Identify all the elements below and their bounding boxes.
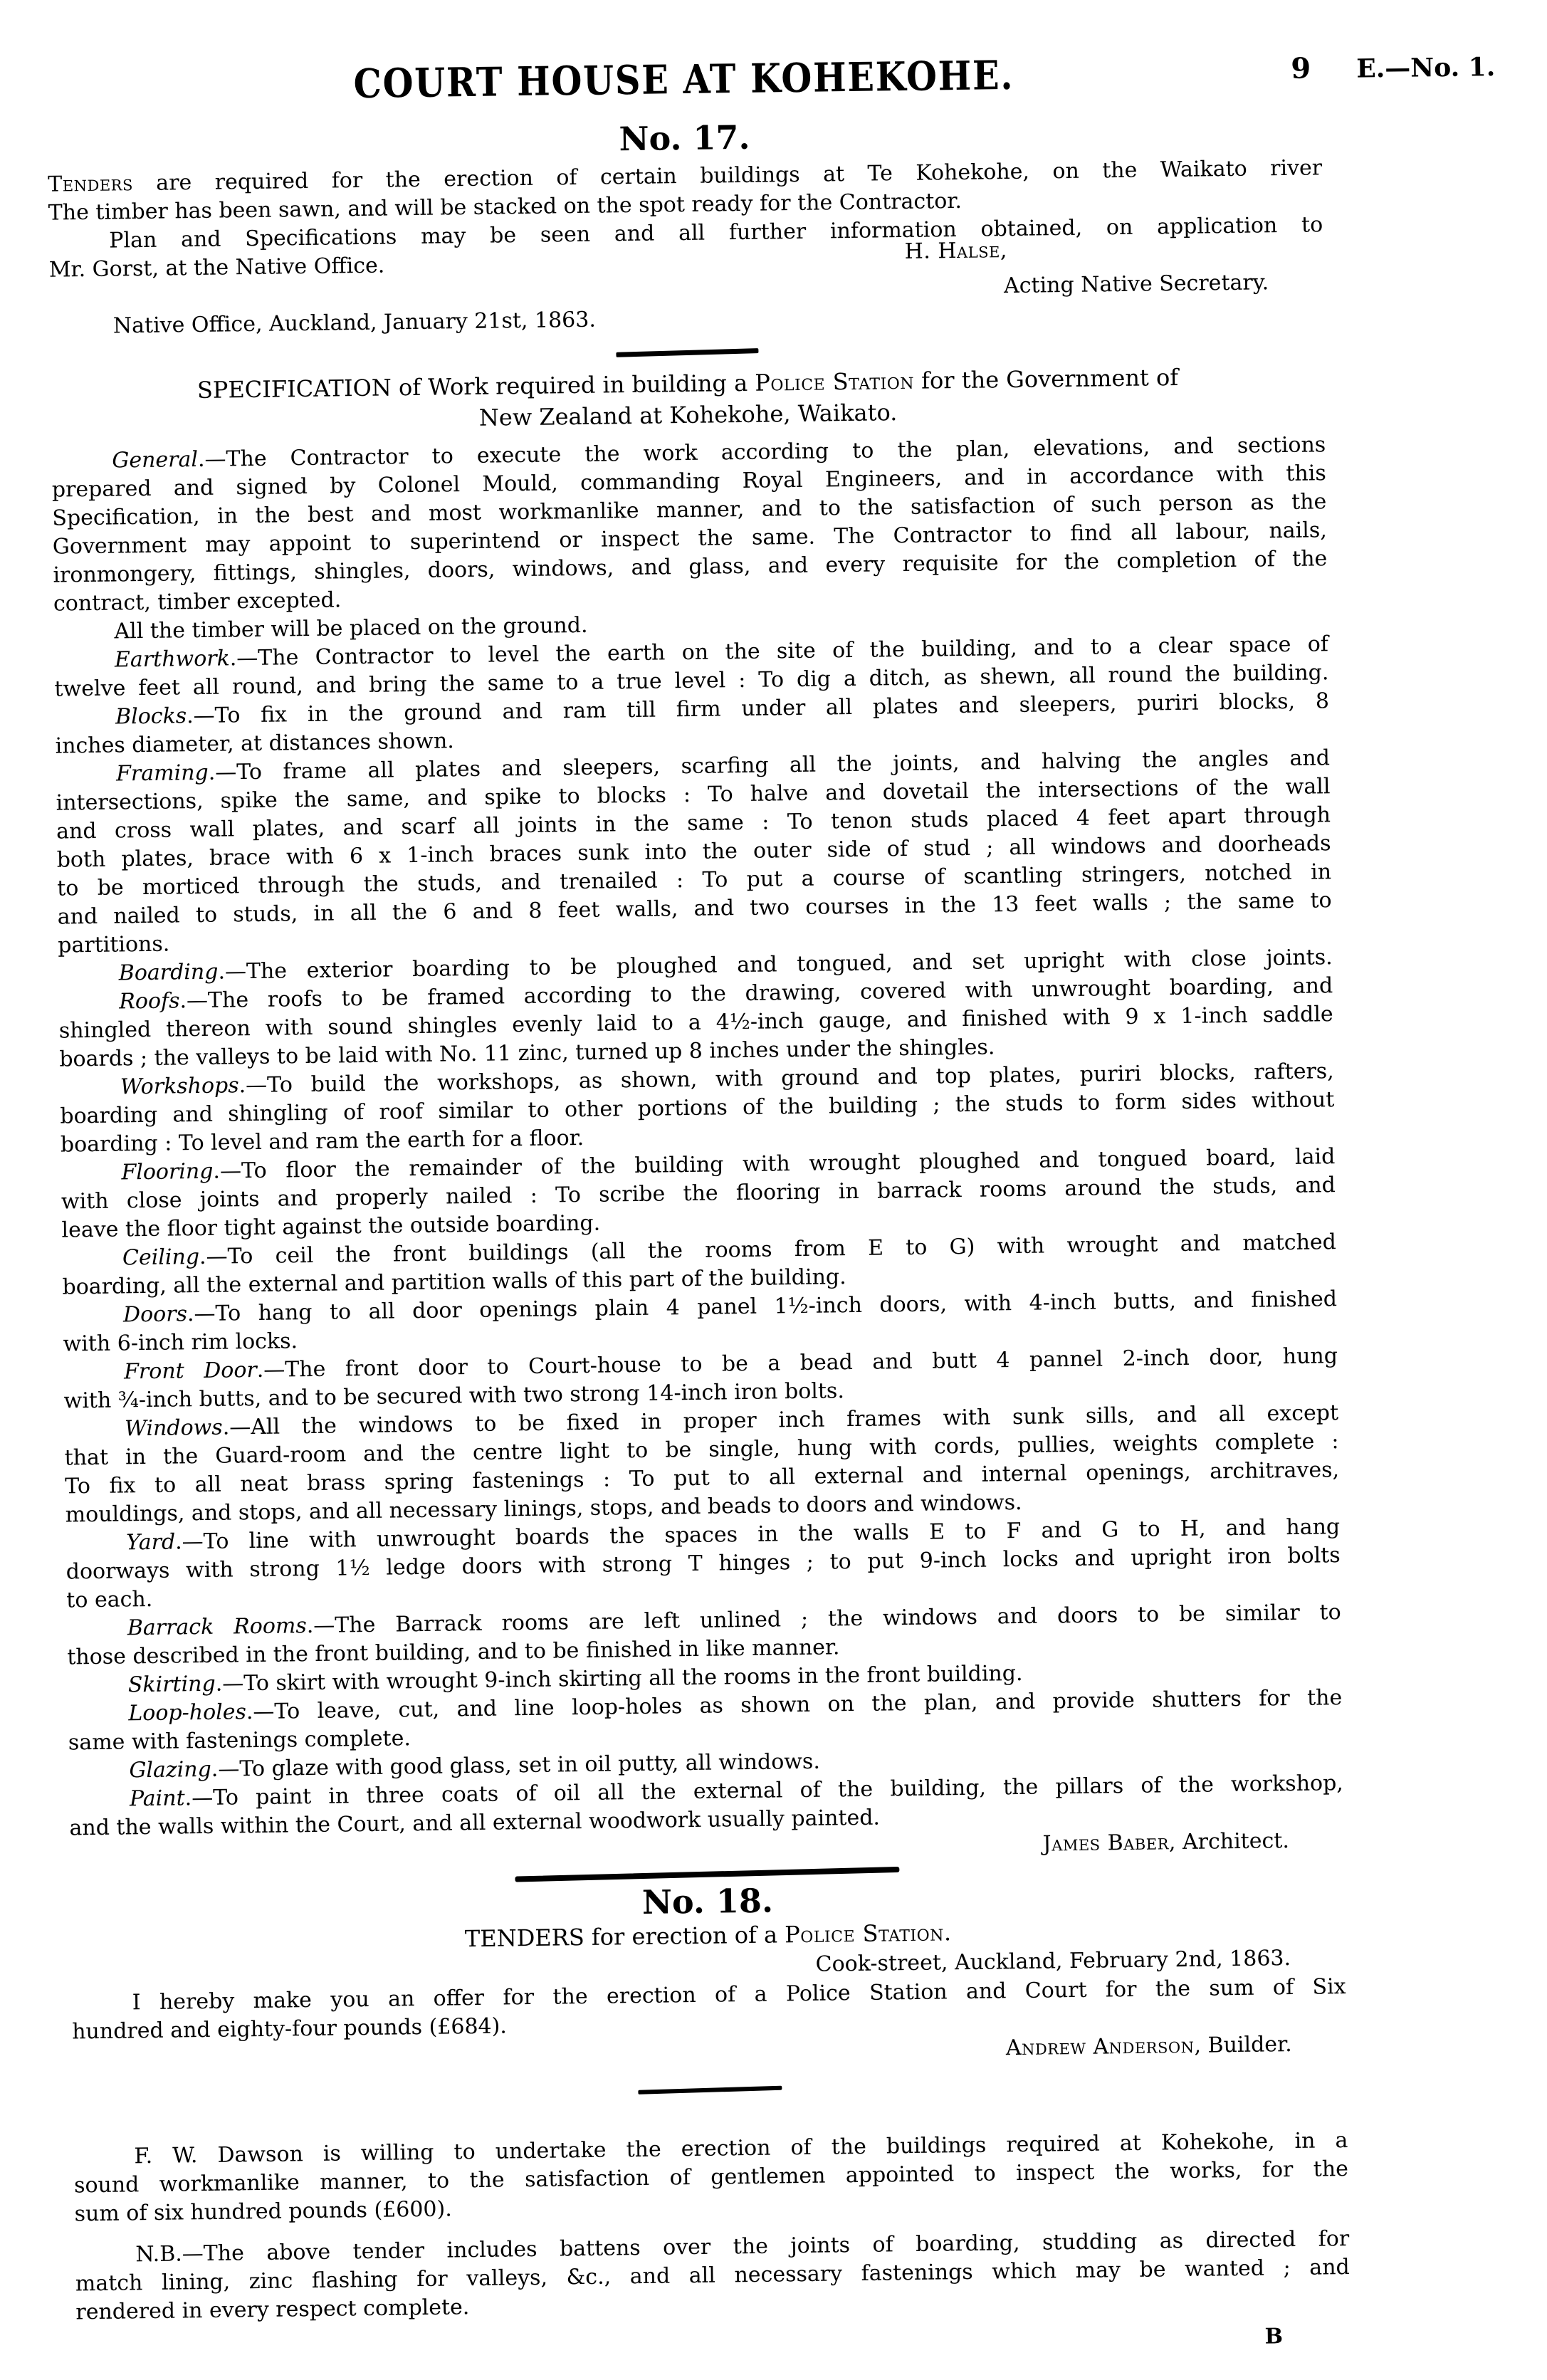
page-title: COURT HOUSE AT KOHEKOHE. <box>122 50 1244 110</box>
spec-para-general: General.—The Contractor to execute the w… <box>51 431 1328 618</box>
specification-heading: SPECIFICATION of Work required in buildi… <box>51 360 1326 439</box>
spec-para-yard: Yard.—To line with unwrought boards the … <box>65 1513 1341 1615</box>
divider-rule <box>638 2086 782 2095</box>
document-page: COURT HOUSE AT KOHEKOHE. 9 E.—No. 1. No.… <box>0 0 1547 2380</box>
section-dawson-offer: F. W. Dawson is willing to undertake the… <box>73 2127 1350 2327</box>
divider-rule <box>515 1867 899 1882</box>
section-notice-17: No. 17. Tenders are required for the ere… <box>47 111 1324 341</box>
gorst-text: Mr. Gorst, at the Native Office. <box>49 253 385 283</box>
spec-para-flooring: Flooring.—To floor the remainder of the … <box>61 1143 1336 1244</box>
spec-para-windows: Windows.—All the windows to be fixed in … <box>64 1399 1340 1529</box>
divider-rule <box>616 348 758 357</box>
specification-body: General.—The Contractor to execute the w… <box>51 431 1344 1842</box>
printed-content: COURT HOUSE AT KOHEKOHE. 9 E.—No. 1. No.… <box>46 48 1351 2366</box>
dawson-paragraph: F. W. Dawson is willing to undertake the… <box>73 2127 1348 2228</box>
document-reference: E.—No. 1. <box>1356 52 1495 84</box>
spec-para-framing: Framing.—To frame all plates and sleeper… <box>56 744 1333 960</box>
page-number: 9 <box>1291 51 1311 85</box>
notice-17-body: Tenders are required for the erection of… <box>48 154 1324 341</box>
section-tender-18: No. 18. TENDERS for erection of a Police… <box>70 1875 1347 2075</box>
halse-signature-name: H. Halse, <box>904 236 1007 266</box>
spec-para-roofs: Roofs.—The roofs to be framed according … <box>58 972 1333 1074</box>
page-header: COURT HOUSE AT KOHEKOHE. 9 E.—No. 1. <box>46 48 1321 112</box>
nb-paragraph: N.B.—The above tender includes battens o… <box>75 2225 1350 2327</box>
section-specification: SPECIFICATION of Work required in buildi… <box>51 360 1344 1871</box>
printer-mark: B <box>76 2322 1351 2366</box>
spec-para-workshops: Workshops.—To build the workshops, as sh… <box>60 1057 1335 1159</box>
